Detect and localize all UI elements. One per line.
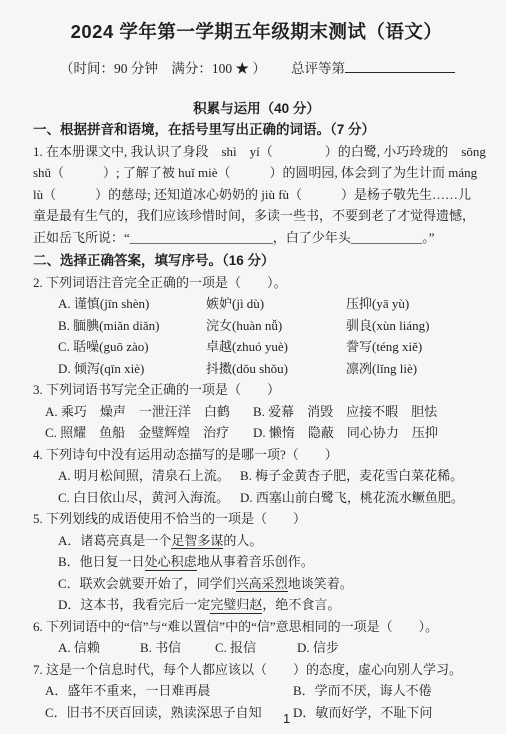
q2-stem: 2. 下列词语注音完全正确的一项是（ ）。 (33, 272, 480, 294)
q2-options: A. 谨慎(jīn shèn) 嫉妒(jì dù) 压抑(yā yù) B. 腼… (58, 293, 480, 379)
q6-option-cell: C. 报信 (215, 637, 297, 659)
q4-stem: 4. 下列诗句中没有运用动态描写的是哪一项?（ ） (33, 444, 480, 466)
q5-option: D．这本书，我看完后一定完璧归赵，绝不食言。 (58, 594, 480, 616)
q5-stem: 5. 下列划线的成语使用不恰当的一项是（ ） (33, 508, 480, 530)
q2-option-cell: 压抑(yā yù) (346, 293, 480, 315)
q2-option-cell: 抖擞(dǒu shǒu) (206, 358, 346, 380)
grade-field: 总评等第 (291, 57, 455, 77)
q3-option-cell: B. 爱幕 消毁 应接不暇 胆怯 (253, 401, 480, 423)
q4-options: A. 明月松间照，清泉石上流。 B. 梅子金黄杏子肥，麦花雪白菜花稀。 C. 白… (58, 465, 480, 508)
q3-options: A. 乘巧 燥声 一泄汪洋 白鹤 B. 爱幕 消毁 应接不暇 胆怯 C. 照耀 … (45, 401, 480, 444)
q7-option-cell: B．学而不厌，诲人不倦 (293, 680, 480, 702)
q5-option: A．诸葛亮真是一个足智多谋的人。 (58, 530, 480, 552)
q5-option-post: 地谈笑着。 (288, 576, 353, 591)
q2-option-cell: 嫉妒(jì dù) (206, 293, 346, 315)
q2-option-cell: 誊写(téng xiě) (346, 336, 480, 358)
q4-option-cell: B. 梅子金黄杏子肥，麦花雪白菜花稀。 (240, 465, 480, 487)
q5-option-post: ，绝不食言。 (262, 597, 340, 612)
time-score-info: （时间：90 分钟 满分：100 ★ ） (60, 57, 266, 77)
q6-stem: 6. 下列词语中的“信”与“难以置信”中的“信”意思相同的一项是（ ）。 (33, 616, 480, 638)
q6-option-cell: B. 书信 (140, 637, 215, 659)
grade-label: 总评等第 (291, 61, 345, 76)
q7-option-cell: D．敏而好学，不耻下问 (293, 702, 480, 724)
q1-line: 1. 在本册课文中, 我认识了身段 shì yí（ ）的白鹭, 小巧玲珑的 sō… (33, 141, 480, 163)
part2-heading: 二、选择正确答案，填写序号。（16 分） (33, 250, 480, 272)
exam-paper: 2024 学年第一学期五年级期末测试（语文） （时间：90 分钟 满分：100 … (0, 0, 506, 734)
q2-option-cell: D. 倾泻(qīn xiè) (58, 358, 206, 380)
q7-stem: 7. 这是一个信息时代，每个人都应该以（ ）的态度，虚心向别人学习。 (33, 659, 480, 681)
q5-option-underlined-idiom: 兴高采烈 (236, 576, 288, 593)
q5-option-underlined-idiom: 处心积虑 (145, 554, 197, 571)
exam-info-row: （时间：90 分钟 满分：100 ★ ） 总评等第 (33, 57, 480, 77)
q7-options: A．盛年不重来，一日难再晨 B．学而不厌，诲人不倦 C．旧书不厌百回读，熟读深思… (45, 680, 480, 723)
q1-quote-line: 正如岳飞所说：“______________________，白了少年头____… (33, 227, 480, 249)
q7-option-cell: C．旧书不厌百回读，熟读深思子自知 (45, 702, 293, 724)
q7-option-cell: A．盛年不重来，一日难再晨 (45, 680, 293, 702)
q5-option-post: 的人。 (223, 533, 262, 548)
grade-blank-underline (345, 59, 455, 73)
q2-option-cell: 凛冽(lǐng liè) (346, 358, 480, 380)
q2-option-cell: 浣女(huàn nǚ) (206, 315, 346, 337)
page-number: 1 (283, 711, 290, 726)
q5-option-post: 地从事着音乐创作。 (197, 554, 314, 569)
q5-option-pre: B．他日复一日 (58, 554, 145, 569)
q6-option-cell: A. 信赖 (58, 637, 140, 659)
q5-option-pre: A．诸葛亮真是一个 (58, 533, 171, 548)
q6-options: A. 信赖 B. 书信 C. 报信 D. 信步 (58, 637, 480, 659)
q5-option-pre: D．这本书，我看完后一定 (58, 597, 210, 612)
q3-stem: 3. 下列词语书写完全正确的一项是（ ） (33, 379, 480, 401)
q1-line: 童是最有生气的，我们应该珍惜时间，多读一些书，不要到老了才觉得遗憾， (33, 205, 480, 227)
q6-option-cell: D. 信步 (297, 637, 480, 659)
q3-option-cell: C. 照耀 鱼船 金璧辉煌 治疗 (45, 422, 253, 444)
q5-option: B．他日复一日处心积虑地从事着音乐创作。 (58, 551, 480, 573)
q2-option-cell: B. 腼腆(miǎn diǎn) (58, 315, 206, 337)
q5-options: A．诸葛亮真是一个足智多谋的人。 B．他日复一日处心积虑地从事着音乐创作。 C．… (58, 530, 480, 616)
q4-option-cell: C. 白日依山尽，黄河入海流。 (58, 487, 240, 509)
q3-option-cell: D. 懒惰 隐蔽 同心协力 压抑 (253, 422, 480, 444)
q5-option: C．联欢会就要开始了，同学们兴高采烈地谈笑着。 (58, 573, 480, 595)
q2-option-cell: 驯良(xùn liáng) (346, 315, 480, 337)
q1-line: lù（ ）的慈母; 还知道冰心奶奶的 jiù fù（ ）是杨子敬先生……儿 (33, 184, 480, 206)
q5-option-pre: C．联欢会就要开始了，同学们 (58, 576, 236, 591)
q5-option-underlined-idiom: 完璧归赵 (210, 597, 262, 614)
q3-option-cell: A. 乘巧 燥声 一泄汪洋 白鹤 (45, 401, 253, 423)
part1-heading: 一、根据拼音和语境，在括号里写出正确的词语。（7 分） (33, 119, 480, 141)
q4-option-cell: A. 明月松间照，清泉石上流。 (58, 465, 240, 487)
q5-option-underlined-idiom: 足智多谋 (171, 533, 223, 550)
section-heading: 积累与运用（40 分） (33, 97, 480, 117)
q2-option-cell: A. 谨慎(jīn shèn) (58, 293, 206, 315)
q1-line: shǔ（ ）; 了解了被 huǐ miè（ ）的圆明园, 体会到了为生计而 má… (33, 162, 480, 184)
q2-option-cell: C. 聒噪(guō zào) (58, 336, 206, 358)
q4-option-cell: D. 西塞山前白鹭飞，桃花流水鳜鱼肥。 (240, 487, 480, 509)
page-title: 2024 学年第一学期五年级期末测试（语文） (33, 18, 480, 44)
q2-option-cell: 卓越(zhuó yuè) (206, 336, 346, 358)
